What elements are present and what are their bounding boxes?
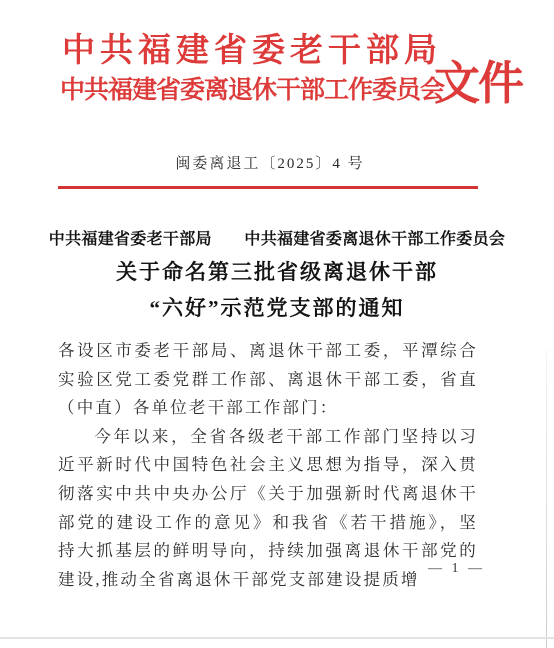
letterhead-org-line2: 中共福建省委离退休干部工作委员会 <box>60 70 444 106</box>
scan-right-edge <box>546 350 547 648</box>
document-page: 中共福建省委老干部局 中共福建省委离退休干部工作委员会 文件 闽委离退工〔202… <box>0 0 554 648</box>
document-number: 闽委离退工〔2025〕4 号 <box>0 152 540 173</box>
red-divider-line <box>58 186 478 189</box>
title-line-3: “六好”示范党支部的通知 <box>40 292 514 322</box>
body-paragraph-1: 今年以来，全省各级老干部工作部门坚持以习近平新时代中国特色社会主义思想为指导，深… <box>58 423 478 595</box>
scan-bottom-edge <box>0 637 554 639</box>
title-line-2: 关于命名第三批省级离退休干部 <box>40 256 514 286</box>
page-number: — 1 — <box>428 561 485 577</box>
letterhead-org-line1: 中共福建省委老干部局 <box>62 24 442 71</box>
title-issuing-orgs: 中共福建省委老干部局 中共福建省委离退休干部工作委员会 <box>40 226 514 249</box>
salutation-paragraph: 各设区市委老干部局、离退休干部工委，平潭综合实验区党工委党群工作部、离退休干部工… <box>58 337 478 423</box>
letterhead-doc-type-label: 文件 <box>434 47 522 113</box>
document-body: 各设区市委老干部局、离退休干部工委，平潭综合实验区党工委党群工作部、离退休干部工… <box>58 337 478 594</box>
document-title: 中共福建省委老干部局 中共福建省委离退休干部工作委员会 关于命名第三批省级离退休… <box>40 226 514 322</box>
